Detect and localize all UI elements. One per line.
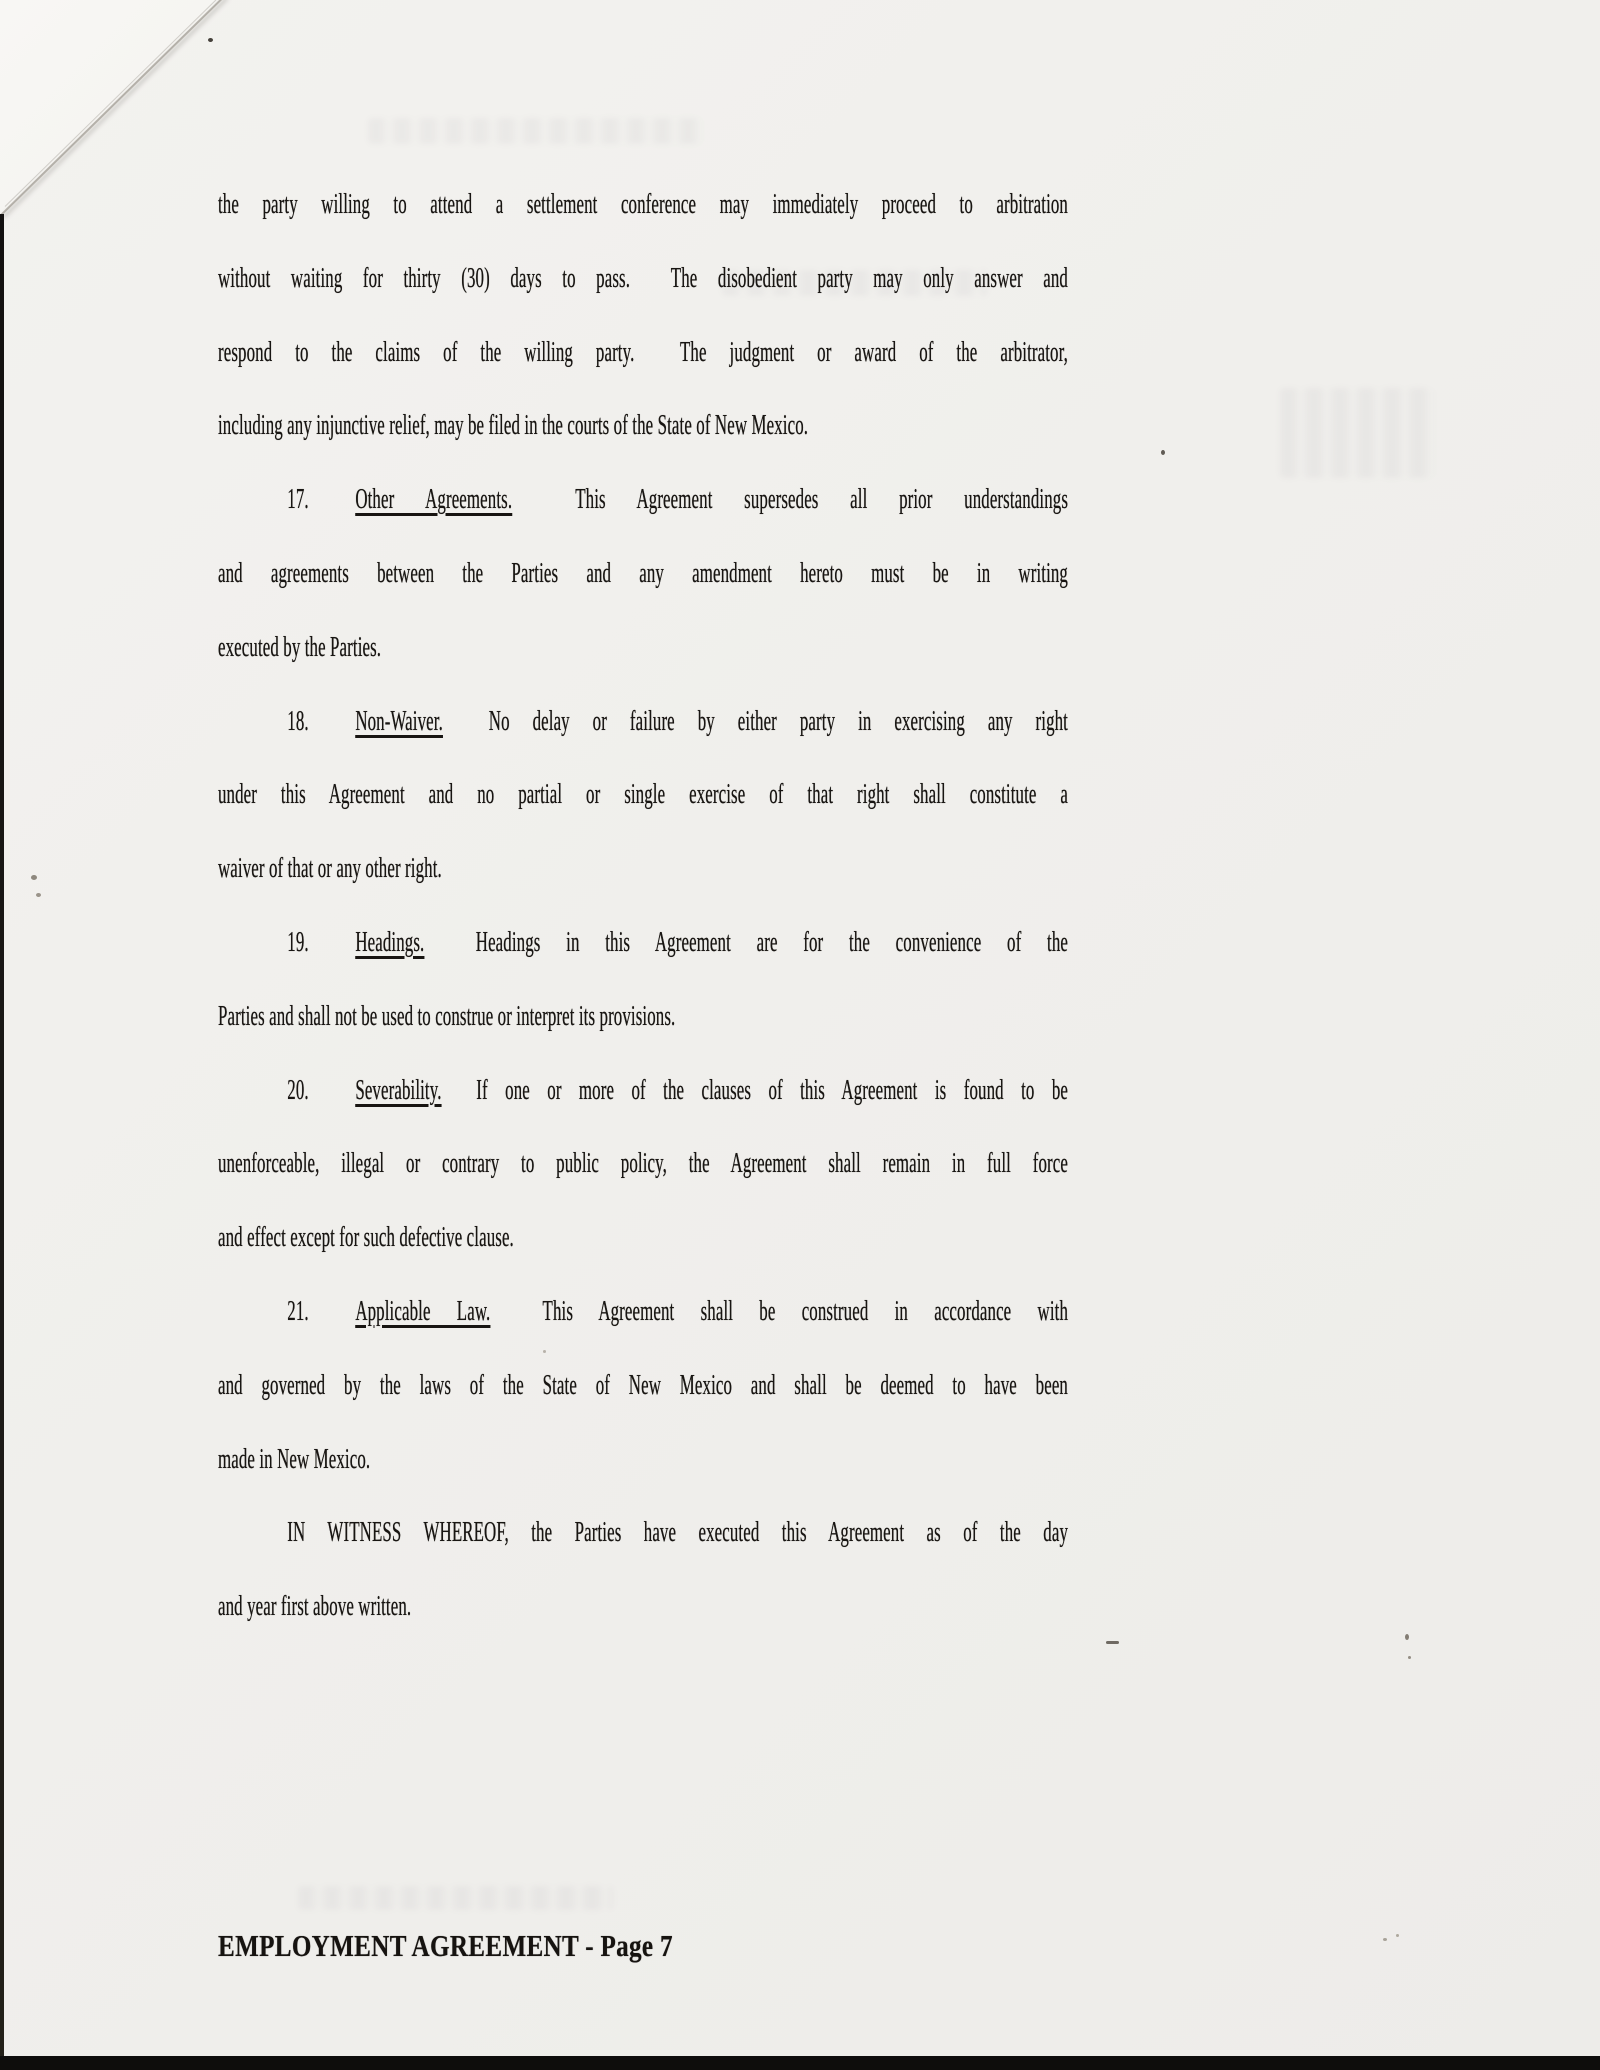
tab-indent	[309, 507, 356, 508]
scan-bottom-edge	[0, 2056, 1600, 2070]
section-heading: Headings.	[355, 926, 424, 958]
scanned-document-page: the party willing to attend a settlement…	[0, 0, 1600, 2070]
tab-indent	[218, 1319, 287, 1320]
page-footer: EMPLOYMENT AGREEMENT - Page 7	[218, 1928, 673, 1964]
witness-clause-line: IN WITNESS WHEREOF, the Parties have exe…	[218, 1496, 1068, 1570]
scan-speck	[1405, 1634, 1409, 1640]
text-run: 20.	[287, 1074, 308, 1106]
scan-left-edge	[0, 214, 4, 2060]
scan-speck	[36, 893, 41, 897]
text-run: the party willing to attend a settlement…	[218, 188, 1068, 220]
folded-corner	[0, 0, 230, 226]
text-run: under this Agreement and no partial or s…	[218, 778, 1068, 810]
text-run: made in New Mexico.	[218, 1443, 370, 1475]
section-18-non-waiver-line: waiver of that or any other right.	[218, 832, 1068, 906]
text-run: Headings in this Agreement are for the c…	[424, 926, 1068, 958]
bleedthrough-artifact	[368, 118, 703, 144]
scan-speck	[1408, 1656, 1411, 1659]
section-17-other-agreements-line: executed by the Parties.	[218, 611, 1068, 685]
section-19-headings-line: Parties and shall not be used to constru…	[218, 980, 1068, 1054]
text-run: This Agreement shall be construed in acc…	[490, 1295, 1068, 1327]
scan-speck	[31, 875, 37, 880]
text-run: Parties and shall not be used to constru…	[218, 1000, 675, 1032]
text-run: If one or more of the clauses of this Ag…	[442, 1074, 1068, 1106]
section-19-headings-line: 19.Headings. Headings in this Agreement …	[218, 906, 1068, 980]
text-run: This Agreement supersedes all prior unde…	[512, 483, 1068, 515]
section-heading: Applicable Law.	[355, 1295, 490, 1327]
scan-speck	[1396, 1934, 1399, 1937]
tab-indent	[309, 729, 356, 730]
section-18-non-waiver-line: under this Agreement and no partial or s…	[218, 758, 1068, 832]
section-heading: Severability.	[355, 1074, 441, 1106]
scan-speck	[208, 38, 213, 42]
text-run: unenforceable, illegal or contrary to pu…	[218, 1147, 1068, 1179]
paragraph-arbitration-continuation-line: including any injunctive relief, may be …	[218, 389, 1068, 463]
section-17-other-agreements-line: 17.Other Agreements. This Agreement supe…	[218, 463, 1068, 537]
text-run: 18.	[287, 705, 308, 737]
tab-indent	[218, 1540, 287, 1541]
scan-speck	[1106, 1641, 1119, 1644]
section-20-severability-line: unenforceable, illegal or contrary to pu…	[218, 1127, 1068, 1201]
text-run: executed by the Parties.	[218, 631, 381, 663]
scan-speck	[1161, 450, 1165, 455]
text-run: waiver of that or any other right.	[218, 852, 442, 884]
paragraph-arbitration-continuation-line: the party willing to attend a settlement…	[218, 168, 1068, 242]
tab-indent	[218, 1098, 287, 1099]
text-run: 17.	[287, 483, 308, 515]
witness-clause-line: and year first above written.	[218, 1570, 1068, 1644]
text-run: and effect except for such defective cla…	[218, 1221, 514, 1253]
section-21-applicable-law-line: made in New Mexico.	[218, 1423, 1068, 1497]
text-run: No delay or failure by either party in e…	[443, 705, 1068, 737]
section-heading: Other Agreements.	[355, 483, 512, 515]
tab-indent	[309, 1098, 356, 1099]
section-18-non-waiver-line: 18.Non-Waiver. No delay or failure by ei…	[218, 685, 1068, 759]
section-20-severability-line: 20.Severability. If one or more of the c…	[218, 1054, 1068, 1128]
tab-indent	[309, 950, 356, 951]
text-run: and year first above written.	[218, 1590, 411, 1622]
section-heading: Non-Waiver.	[355, 705, 443, 737]
text-run: and governed by the laws of the State of…	[218, 1369, 1068, 1401]
tab-indent	[218, 950, 287, 951]
text-run: and agreements between the Parties and a…	[218, 557, 1068, 589]
scan-speck	[1383, 1938, 1387, 1941]
text-run: 19.	[287, 926, 308, 958]
tab-indent	[309, 1319, 356, 1320]
section-17-other-agreements-line: and agreements between the Parties and a…	[218, 537, 1068, 611]
bleedthrough-artifact	[298, 1886, 613, 1910]
text-run: without waiting for thirty (30) days to …	[218, 262, 1068, 294]
text-run: IN WITNESS WHEREOF, the Parties have exe…	[287, 1516, 1068, 1548]
text-run: 21.	[287, 1295, 308, 1327]
tab-indent	[218, 507, 287, 508]
text-run: respond to the claims of the willing par…	[218, 336, 1068, 368]
section-21-applicable-law-line: 21.Applicable Law. This Agreement shall …	[218, 1275, 1068, 1349]
tab-indent	[218, 729, 287, 730]
document-body: the party willing to attend a settlement…	[218, 168, 1068, 1644]
paragraph-arbitration-continuation-line: without waiting for thirty (30) days to …	[218, 242, 1068, 316]
section-21-applicable-law-line: and governed by the laws of the State of…	[218, 1349, 1068, 1423]
text-run: including any injunctive relief, may be …	[218, 409, 808, 441]
bleedthrough-artifact	[1280, 388, 1435, 478]
paragraph-arbitration-continuation-line: respond to the claims of the willing par…	[218, 316, 1068, 390]
section-20-severability-line: and effect except for such defective cla…	[218, 1201, 1068, 1275]
